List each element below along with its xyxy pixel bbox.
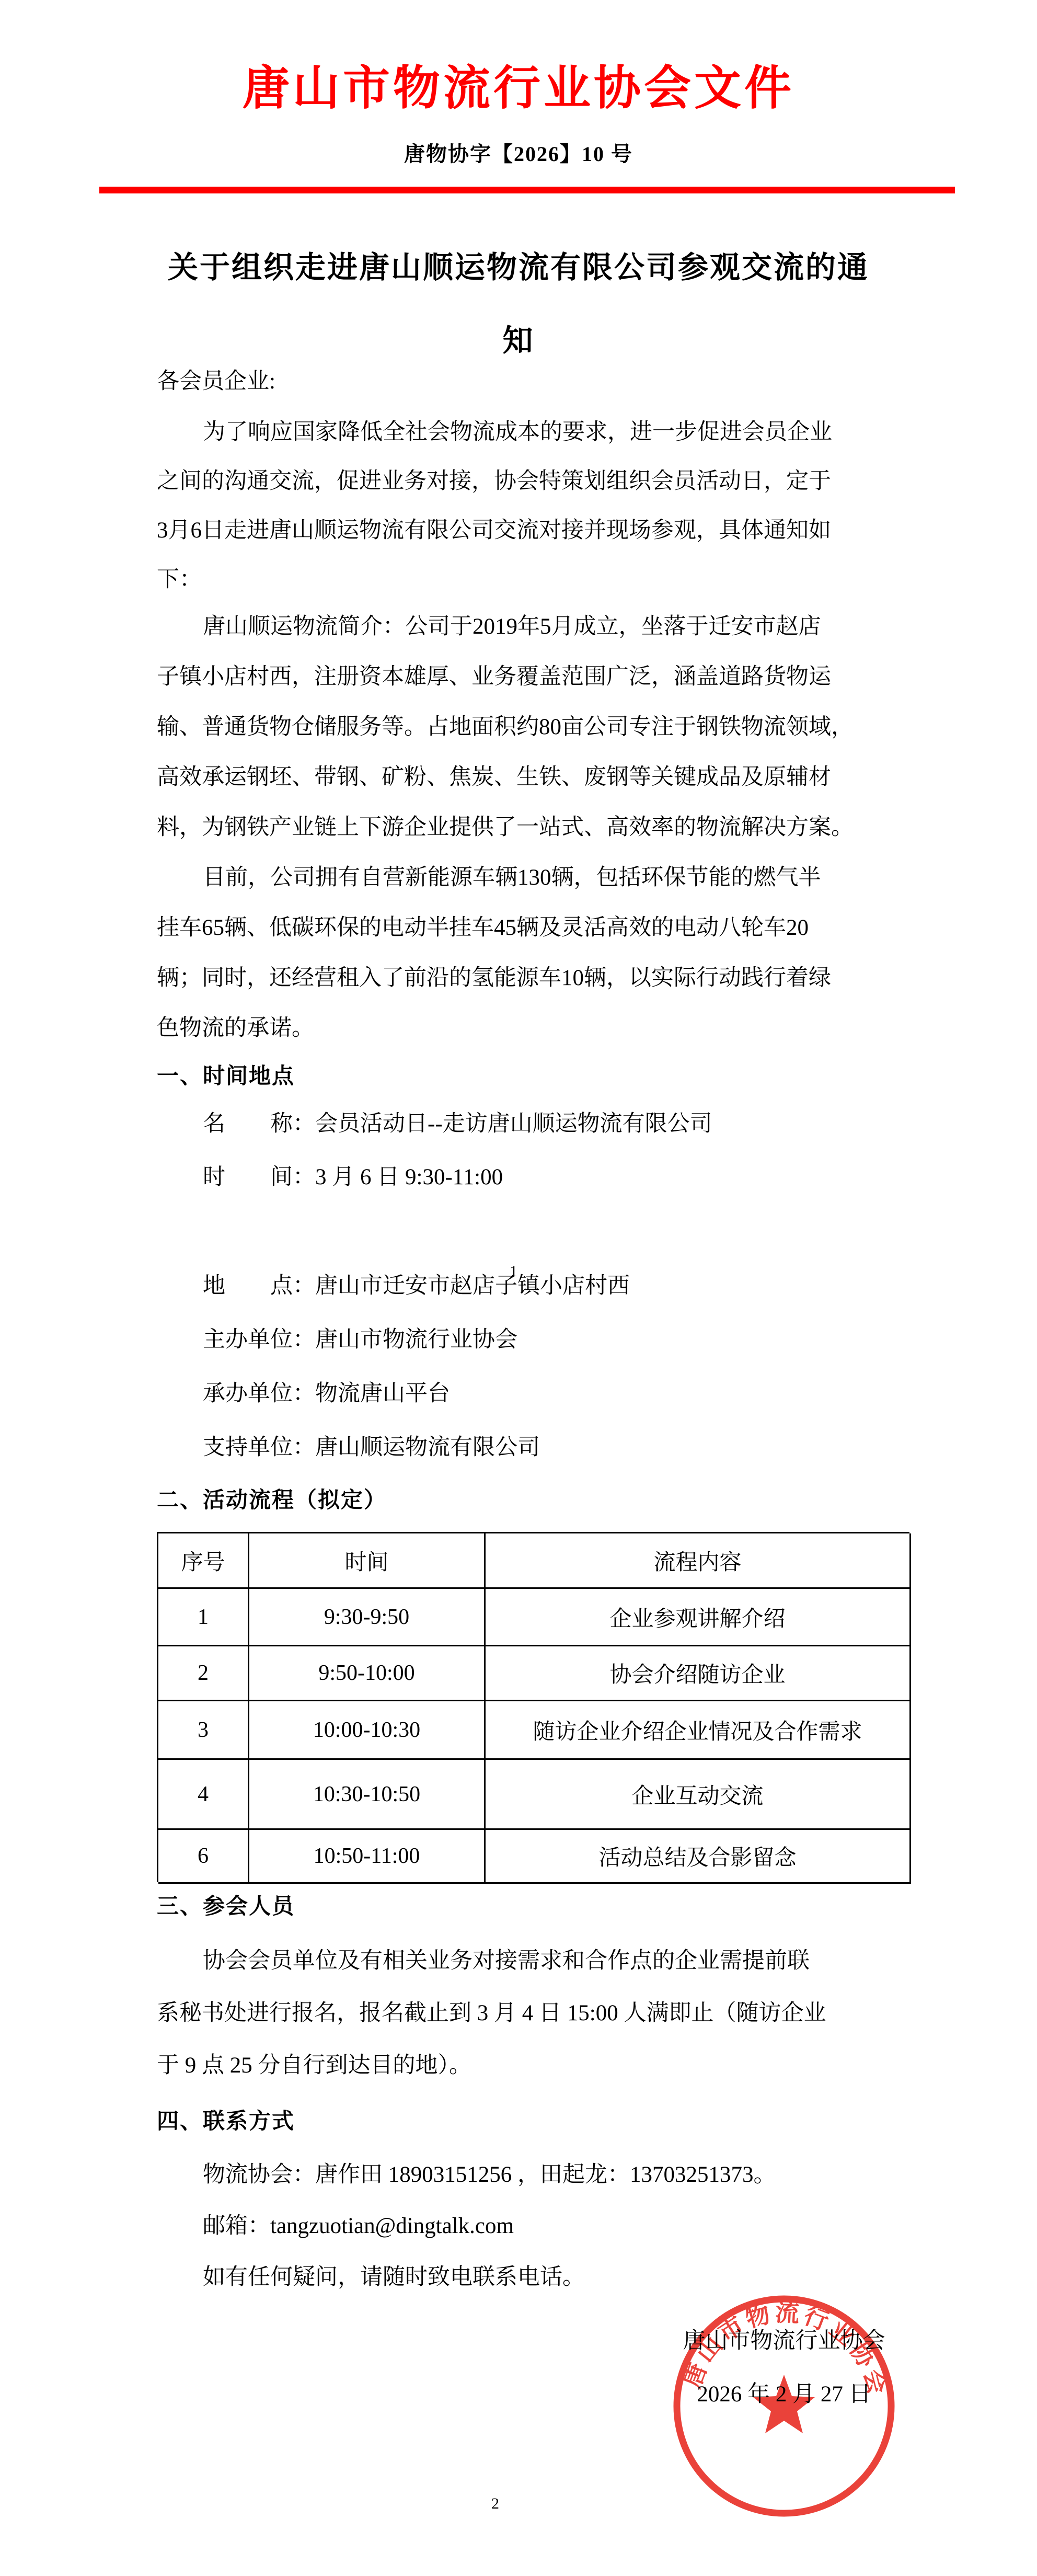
paragraph-attendees: 协会会员单位及有相关业务对接需求和合作点的企业需提前联 系秘书处进行报名，报名截… <box>157 1935 901 2092</box>
salutation: 各会员企业: <box>157 357 899 407</box>
table-header-index: 序号 <box>158 1533 249 1589</box>
table-row-2-time: 9:50-10:00 <box>249 1646 486 1701</box>
red-divider-rule <box>99 187 955 193</box>
table-row-1-content: 企业参观讲解介绍 <box>486 1589 911 1646</box>
table-row-5-index: 6 <box>158 1830 249 1884</box>
table-row-4-time: 10:30-10:50 <box>249 1760 486 1830</box>
paragraph-fleet: 目前，公司拥有自营新能源车辆130辆，包括环保节能的燃气半 挂车65辆、低碳环保… <box>157 853 901 1054</box>
table-row-4-index: 4 <box>158 1760 249 1830</box>
document-page: 唐山市物流行业协会文件 唐物协字【2026】10 号 关于组织走进唐山顺运物流有… <box>0 0 1037 2576</box>
signature-org: 唐山市物流行业协会 <box>604 2315 964 2367</box>
doc-title: 关于组织走进唐山顺运物流有限公司参观交流的通 知 <box>0 231 1037 377</box>
section-heading-agenda: 二、活动流程（拟定） <box>157 1475 899 1526</box>
table-row-4-content: 企业互动交流 <box>486 1760 911 1830</box>
table-header-content: 流程内容 <box>486 1533 911 1589</box>
table-row-1-time: 9:30-9:50 <box>249 1589 486 1646</box>
table-row-2-index: 2 <box>158 1646 249 1701</box>
org-header-title: 唐山市物流行业协会文件 <box>0 59 1037 119</box>
table-row-1-index: 1 <box>158 1589 249 1646</box>
doc-number: 唐物协字【2026】10 号 <box>0 141 1037 167</box>
table-row-2-content: 协会介绍随访企业 <box>486 1646 911 1701</box>
event-name-time-details: 名 称：会员活动日--走访唐山顺运物流有限公司 时 间：3 月 6 日 9:30… <box>203 1097 903 1204</box>
section-heading-attendees: 三、参会人员 <box>157 1882 899 1932</box>
page-number-2: 2 <box>491 2495 499 2513</box>
paragraph-intro: 为了响应国家降低全社会物流成本的要求，进一步促进会员企业 之间的沟通交流，促进业… <box>157 408 901 604</box>
table-row-5-content: 活动总结及合影留念 <box>486 1830 911 1884</box>
paragraph-company-profile: 唐山顺运物流简介：公司于2019年5月成立，坐落于迁安市赵店 子镇小店村西，注册… <box>157 602 901 853</box>
table-row-3-index: 3 <box>158 1701 249 1760</box>
table-row-3-content: 随访企业介绍企业情况及合作需求 <box>486 1701 911 1760</box>
event-place-organizer-details: 地 点：唐山市迁安市赵店子镇小店村西 主办单位：唐山市物流行业协会 承办单位：物… <box>203 1259 903 1474</box>
paragraph-contact: 物流协会：唐作田 18903151256 ，田起龙：13703251373。 邮… <box>203 2149 903 2303</box>
table-header-time: 时间 <box>249 1533 486 1589</box>
signature-date: 2026 年 2 月 27 日 <box>604 2368 964 2421</box>
section-heading-contact: 四、联系方式 <box>157 2097 899 2147</box>
table-row-3-time: 10:00-10:30 <box>249 1701 486 1760</box>
agenda-table: 序号 时间 流程内容 1 9:30-9:50 企业参观讲解介绍 2 9:50-1… <box>157 1532 909 1882</box>
section-heading-time-place: 一、时间地点 <box>157 1051 899 1102</box>
table-row-5-time: 10:50-11:00 <box>249 1830 486 1884</box>
